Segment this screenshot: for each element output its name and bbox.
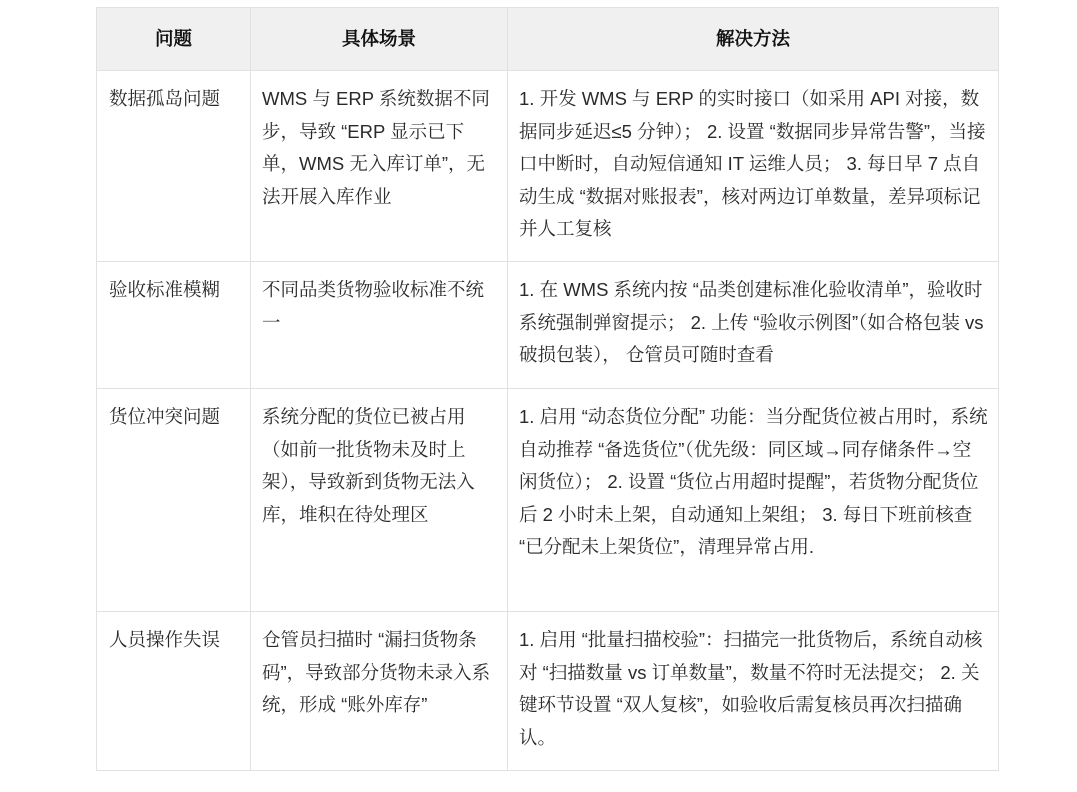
table-row: 货位冲突问题 系统分配的货位已被占用（如前一批货物未及时上架），导致新到货物无法… [97,389,999,612]
header-scenario: 具体场景 [251,8,508,71]
table-body: 数据孤岛问题 WMS 与 ERP 系统数据不同步，导致 “ERP 显示已下单，W… [97,71,999,771]
cell-scenario: 仓管员扫描时 “漏扫货物条码”，导致部分货物未录入系统，形成 “账外库存” [251,612,508,771]
cell-problem: 人员操作失误 [97,612,251,771]
cell-solution: 1. 启用 “动态货位分配” 功能：当分配货位被占用时，系统自动推荐 “备选货位… [508,389,999,612]
table-row: 数据孤岛问题 WMS 与 ERP 系统数据不同步，导致 “ERP 显示已下单，W… [97,71,999,262]
table-header: 问题 具体场景 解决方法 [97,8,999,71]
header-solution: 解决方法 [508,8,999,71]
cell-solution: 1. 开发 WMS 与 ERP 的实时接口（如采用 API 对接，数据同步延迟≤… [508,71,999,262]
cell-solution: 1. 启用 “批量扫描校验”：扫描完一批货物后，系统自动核对 “扫描数量 vs … [508,612,999,771]
table-row: 人员操作失误 仓管员扫描时 “漏扫货物条码”，导致部分货物未录入系统，形成 “账… [97,612,999,771]
table-row: 验收标准模糊 不同品类货物验收标准不统一 1. 在 WMS 系统内按 “品类创建… [97,262,999,389]
cell-scenario: WMS 与 ERP 系统数据不同步，导致 “ERP 显示已下单，WMS 无入库订… [251,71,508,262]
issue-solution-table: 问题 具体场景 解决方法 数据孤岛问题 WMS 与 ERP 系统数据不同步，导致… [96,7,999,771]
cell-problem: 数据孤岛问题 [97,71,251,262]
cell-problem: 验收标准模糊 [97,262,251,389]
issue-solution-table-container: 问题 具体场景 解决方法 数据孤岛问题 WMS 与 ERP 系统数据不同步，导致… [96,7,998,771]
header-problem: 问题 [97,8,251,71]
cell-problem: 货位冲突问题 [97,389,251,612]
cell-solution: 1. 在 WMS 系统内按 “品类创建标准化验收清单”，验收时系统强制弹窗提示；… [508,262,999,389]
cell-scenario: 系统分配的货位已被占用（如前一批货物未及时上架），导致新到货物无法入库，堆积在待… [251,389,508,612]
header-row: 问题 具体场景 解决方法 [97,8,999,71]
cell-scenario: 不同品类货物验收标准不统一 [251,262,508,389]
